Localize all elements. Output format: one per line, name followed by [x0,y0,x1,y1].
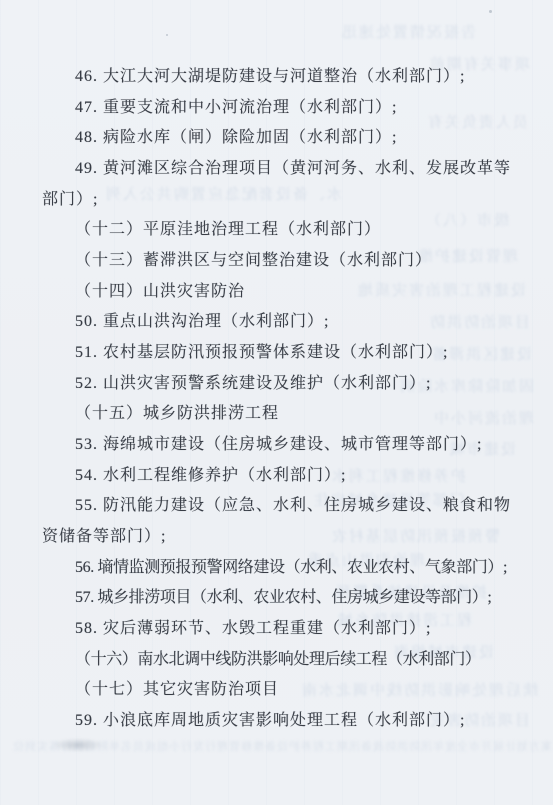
text-line: 53. 海绵城市建设（住房城乡建设、城市管理等部门）; [42,430,513,461]
text-line: 54. 水利工程维修养护（水利部门）; [42,461,513,492]
text-line: 55. 防汛能力建设（应急、水利、住房城乡建设、粮食和物 [42,491,513,522]
text-line: （十三）蓄滞洪区与空间整治建设（水利部门） [42,246,513,277]
text-line: （十六）南水北调中线防洪影响处理后续工程（水利部门） [42,645,513,676]
text-line: 56. 墒情监测预报预警网络建设（水利、农业农村、气象部门）; [42,553,513,584]
text-line: 49. 黄河滩区综合治理项目（黄河河务、水利、发展改革等 [42,154,513,185]
document-page: 告报况情置处速迅项事关有期前员人责负关有水、备设套配急应置购共公入列级市（八）理… [0,0,553,805]
text-line: 57. 城乡排涝项目（水利、农业农村、住房城乡建设等部门）; [42,583,513,614]
text-line: （十二）平原洼地治理工程（水利部门） [42,215,513,246]
text-line: 59. 小浪底库周地质灾害影响处理工程（水利部门）; [42,706,513,737]
text-line: 47. 重要支流和中小河流治理（水利部门）; [42,93,513,124]
text-line: 46. 大江大河大湖堤防建设与河道整治（水利部门）; [42,62,513,93]
text-line: 48. 病险水库（闸）除险加固（水利部门）; [42,123,513,154]
text-line: （十五）城乡防洪排涝工程 [42,399,513,430]
text-line: 52. 山洪灾害预警系统建设及维护（水利部门）; [42,369,513,400]
text-line: 资储备等部门）; [42,522,513,553]
document-text: 46. 大江大河大湖堤防建设与河道整治（水利部门）;47. 重要支流和中小河流治… [0,0,553,737]
ink-smudge [52,738,104,752]
text-line: 部门）; [42,185,513,216]
text-line: 51. 农村基层防汛预报预警体系建设（水利部门）; [42,338,513,369]
text-line: （十七）其它灾害防治项目 [42,675,513,706]
text-line: （十四）山洪灾害防治 [42,277,513,308]
text-line: 50. 重点山洪沟治理（水利部门）; [42,307,513,338]
text-line: 58. 灾后薄弱环节、水毁工程重建（水利部门）; [42,614,513,645]
